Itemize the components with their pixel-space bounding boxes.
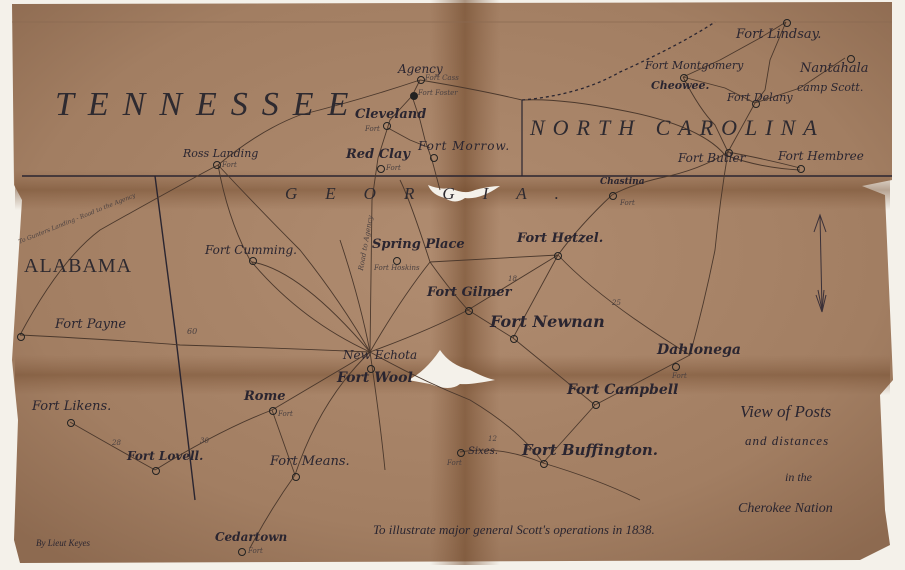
- place-label-fort-hembree: Fort Hembree: [778, 150, 864, 162]
- distance-label: 30: [200, 438, 209, 445]
- place-sublabel-fort-cass: Fort Cass: [425, 75, 459, 82]
- place-label-sixes: Sixes.: [468, 447, 498, 457]
- place-label-rome: Rome: [244, 390, 286, 403]
- place-label-fort-means: Fort Means.: [270, 455, 350, 468]
- distance-label: 18: [508, 276, 517, 283]
- post-marker-fort-likens[interactable]: [67, 419, 75, 427]
- post-marker-fort-lindsay[interactable]: [783, 19, 791, 27]
- distance-label: 60: [187, 328, 197, 336]
- place-label-fort-butler: Fort Butler: [678, 152, 745, 164]
- post-marker-fort-means[interactable]: [292, 473, 300, 481]
- map-title-line-3: in the: [785, 470, 812, 485]
- place-label-new-echota: New Echota: [343, 349, 417, 361]
- post-marker-fort-cumming[interactable]: [249, 257, 257, 265]
- map-title-line-4: Cherokee Nation: [738, 501, 833, 517]
- state-label-north-carolina: NORTH CAROLINA: [530, 117, 825, 139]
- place-sublabel-dahlonega: Fort: [672, 373, 687, 380]
- post-marker-agency[interactable]: [417, 76, 425, 84]
- place-sublabel-rome: Fort: [278, 411, 293, 418]
- post-marker-fort-lovell[interactable]: [152, 467, 160, 475]
- place-label-fort-newnan: Fort Newnan: [490, 314, 605, 330]
- post-marker-sixes[interactable]: [457, 449, 465, 457]
- place-label-fort-campbell: Fort Campbell: [567, 383, 678, 397]
- place-label-fort-foster: Fort Foster: [418, 90, 458, 97]
- distance-label: 25: [612, 300, 621, 307]
- place-label-red-clay: Red Clay: [346, 148, 410, 161]
- cherokee-nation-map: TENNESSEE NORTH CAROLINA GEORGIA. ALABAM…: [0, 0, 905, 570]
- post-marker-fort-payne[interactable]: [17, 333, 25, 341]
- place-label-fort-cumming: Fort Cumming.: [205, 244, 297, 256]
- post-marker-dahlonega[interactable]: [672, 363, 680, 371]
- place-label-fort-payne: Fort Payne: [55, 318, 126, 331]
- place-label-fort-buffington: Fort Buffington.: [522, 443, 658, 458]
- place-label-ross-landing: Ross Landing: [183, 148, 258, 159]
- post-marker-red-clay[interactable]: [377, 165, 385, 173]
- place-label-fort-hetzel: Fort Hetzel.: [517, 232, 603, 245]
- state-label-alabama: ALABAMA: [24, 256, 132, 276]
- place-label-fort-montgomery: Fort Montgomery: [645, 60, 743, 71]
- place-sublabel-cleveland: Fort: [365, 126, 380, 133]
- place-sublabel-red-clay: Fort: [386, 165, 401, 172]
- post-marker-fort-hembree[interactable]: [797, 165, 805, 173]
- place-label-fort-lovell: Fort Lovell.: [127, 450, 203, 462]
- state-label-georgia: GEORGIA.: [285, 185, 587, 202]
- post-marker-rome[interactable]: [269, 407, 277, 415]
- place-sublabel-cedartown: Fort: [248, 548, 263, 555]
- place-sublabel-fort-hoskins: Fort Hoskins: [374, 265, 420, 272]
- map-subtitle: To illustrate major general Scott's oper…: [373, 522, 655, 538]
- place-label-fort-likens: Fort Likens.: [32, 400, 111, 413]
- place-label-fort-wool: Fort Wool: [337, 371, 413, 385]
- post-marker-cedartown[interactable]: [238, 548, 246, 556]
- place-label-fort-delany: Fort Delany: [727, 92, 793, 103]
- place-label-cheowee: Cheowee.: [651, 80, 709, 91]
- place-sublabel-sixes: Fort: [447, 460, 462, 467]
- map-title-line-1: View of Posts: [740, 402, 831, 422]
- post-marker-fort-campbell[interactable]: [592, 401, 600, 409]
- place-label-cleveland: Cleveland: [355, 108, 426, 121]
- distance-label: 28: [112, 440, 121, 447]
- place-label-nantahala: Nantahala: [800, 62, 869, 75]
- post-marker-fort-buffington[interactable]: [540, 460, 548, 468]
- place-label-chastina: Chastina: [600, 178, 645, 187]
- map-author: By Lieut Keyes: [36, 538, 90, 548]
- place-label-fort-gilmer: Fort Gilmer: [427, 286, 511, 299]
- place-sublabel-chastina: Fort: [620, 200, 635, 207]
- post-marker-ross-landing[interactable]: [213, 161, 221, 169]
- place-label-camp-scott: camp Scott.: [797, 82, 863, 93]
- place-label-fort-lindsay: Fort Lindsay.: [736, 28, 821, 41]
- distance-label: 12: [488, 436, 497, 443]
- post-marker-chastina[interactable]: [609, 192, 617, 200]
- state-label-tennessee: TENNESSEE: [55, 88, 362, 122]
- post-marker-fort-morrow[interactable]: [430, 154, 438, 162]
- map-title-line-2: and distances: [745, 433, 829, 449]
- post-marker-cleveland[interactable]: [383, 122, 391, 130]
- post-marker-fort-gilmer[interactable]: [465, 307, 473, 315]
- place-sublabel-ross-landing: Fort: [222, 162, 237, 169]
- place-label-dahlonega: Dahlonega: [657, 343, 741, 357]
- post-marker-fort-hetzel[interactable]: [554, 252, 562, 260]
- post-marker-fort-foster[interactable]: [410, 92, 418, 100]
- place-label-fort-morrow: Fort Morrow.: [418, 140, 510, 152]
- place-label-cedartown: Cedartown: [215, 531, 287, 543]
- place-label-spring-place: Spring Place: [372, 238, 465, 251]
- post-marker-fort-newnan[interactable]: [510, 335, 518, 343]
